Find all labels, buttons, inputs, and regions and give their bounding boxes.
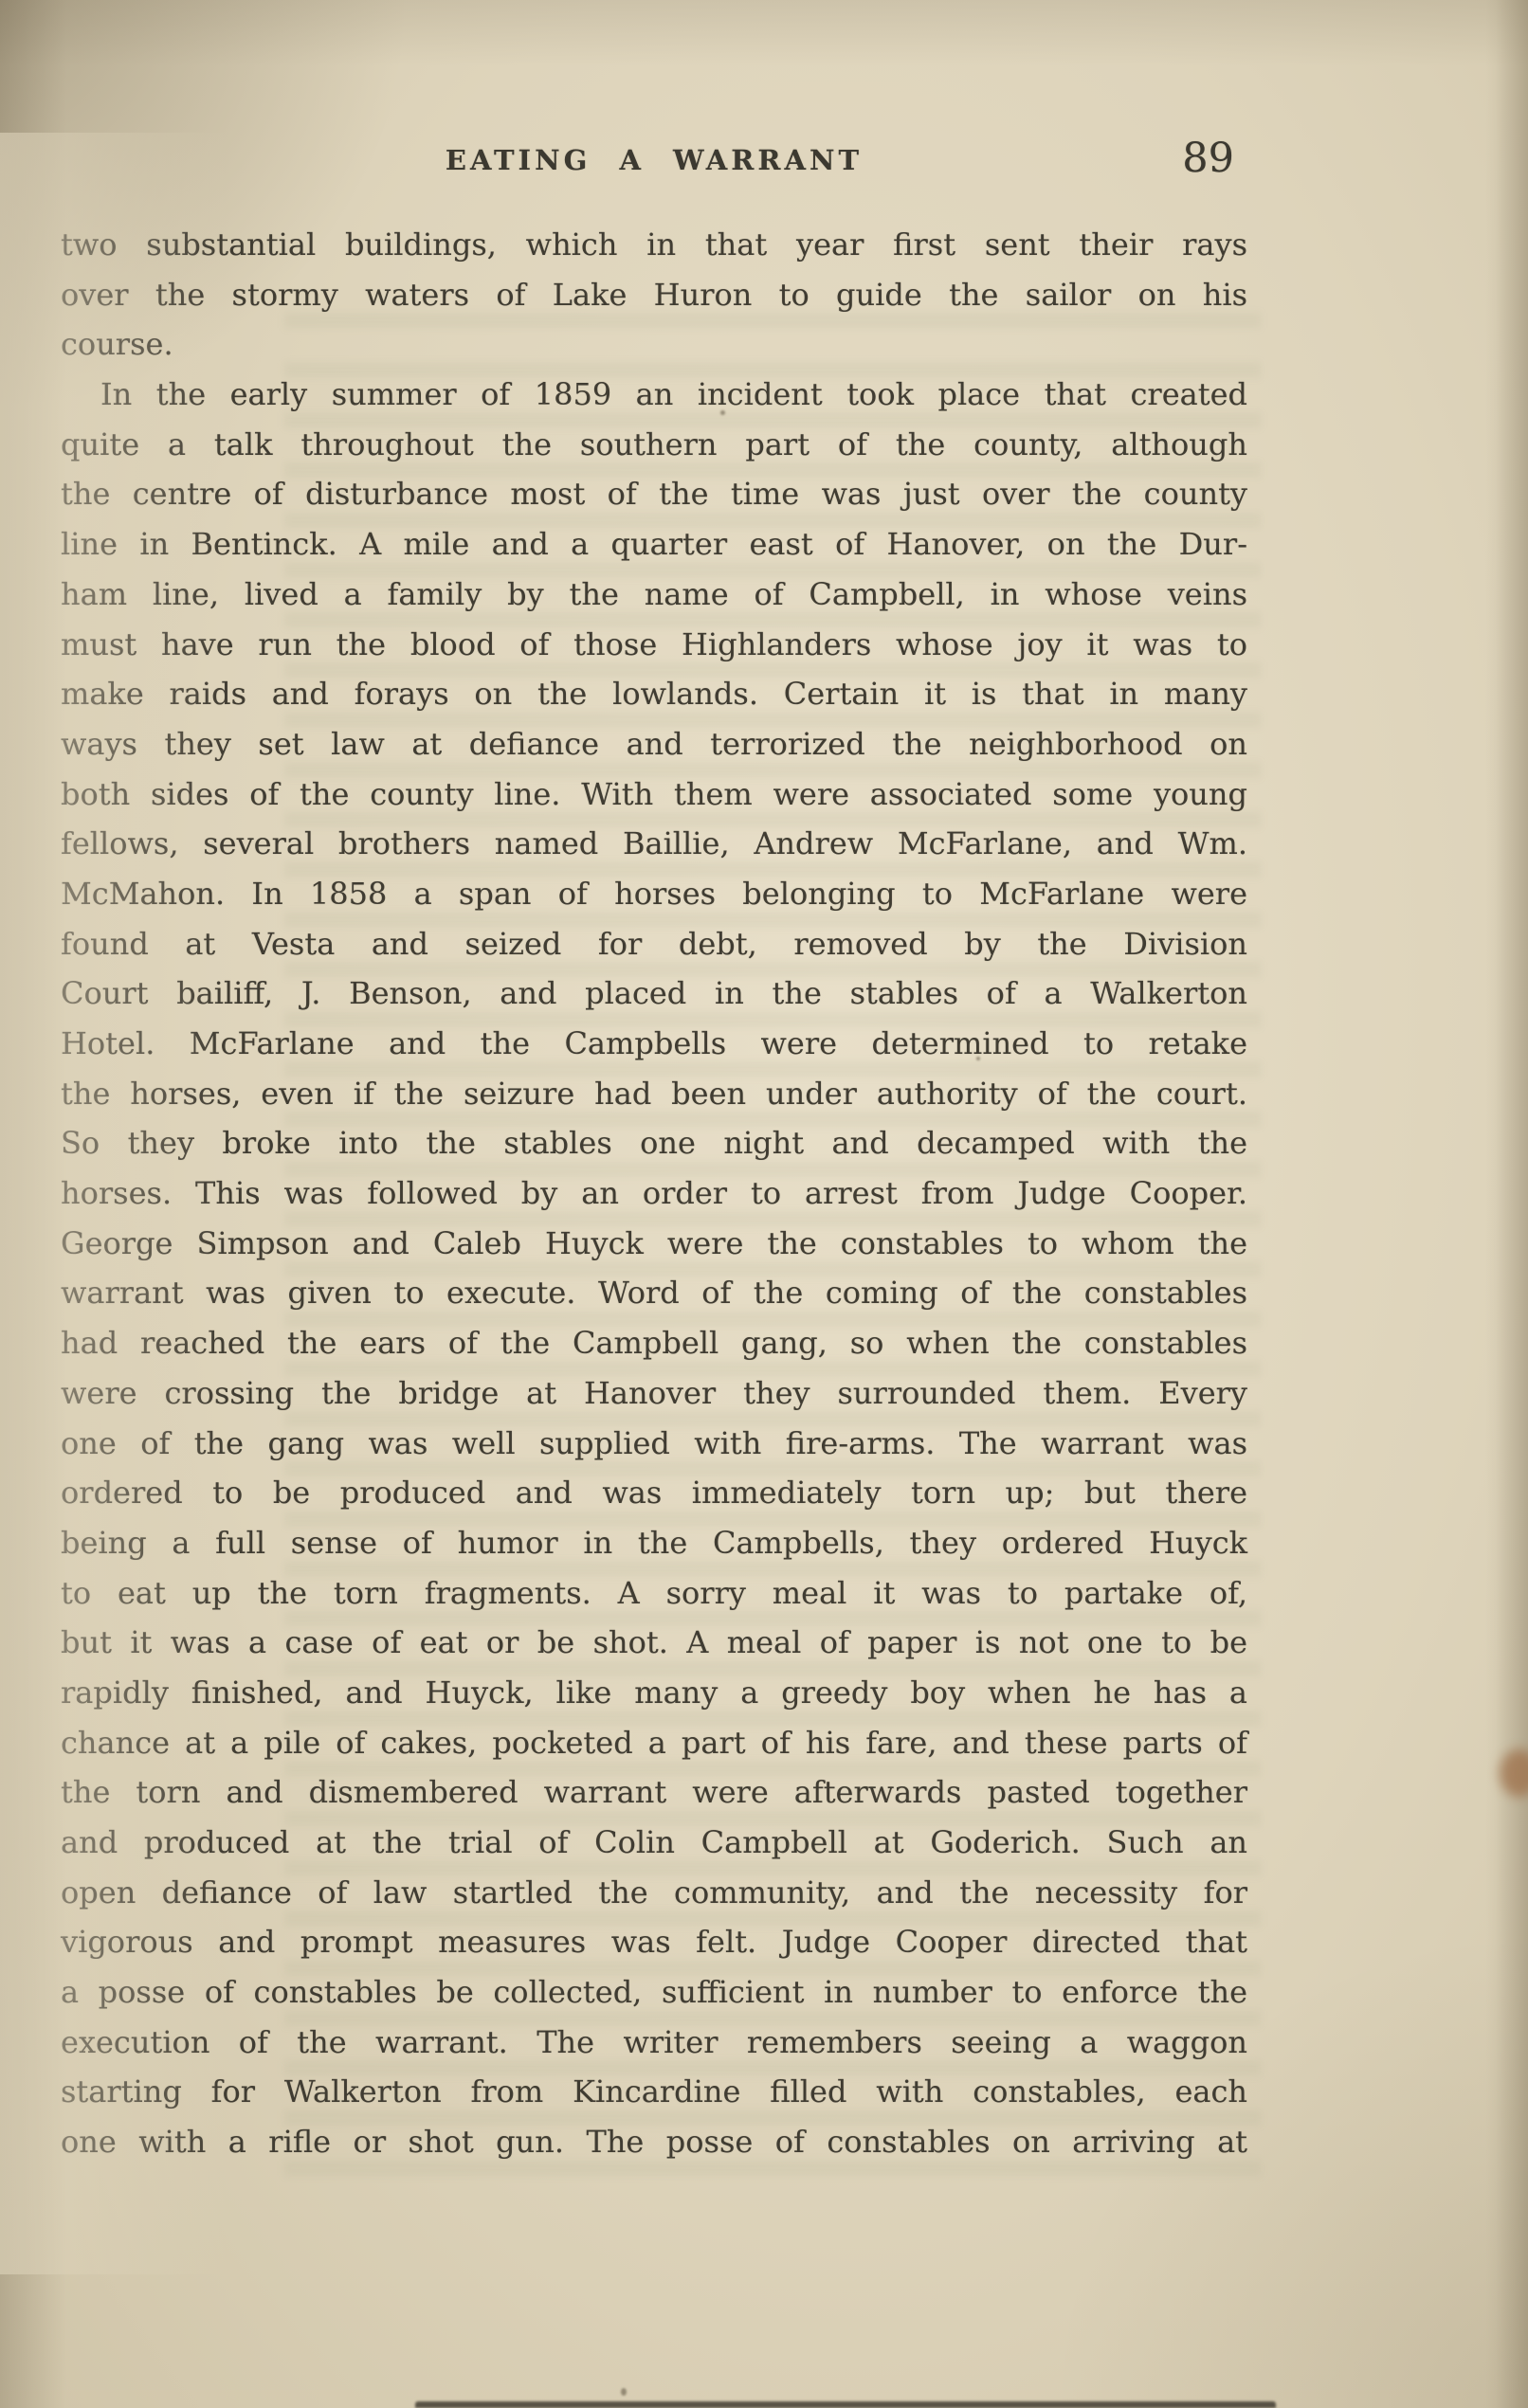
text-line: In the early summer of 1859 an incident … (61, 370, 1247, 420)
text-line: warrant was given to execute. Word of th… (61, 1268, 1247, 1318)
text-line: chance at a pile of cakes, pocketed a pa… (61, 1718, 1247, 1768)
running-title: EATING A WARRANT (61, 144, 1247, 176)
text-line: the centre of disturbance most of the ti… (61, 469, 1247, 519)
text-line: fellows, several brothers named Baillie,… (61, 819, 1247, 869)
text-line: being a full sense of humor in the Campb… (61, 1518, 1247, 1568)
text-line: vigorous and prompt measures was felt. J… (61, 1917, 1247, 1967)
paper-speck (621, 2388, 627, 2396)
text-line: course. (61, 319, 1247, 370)
page-edge-shading (1496, 0, 1528, 2408)
text-line: but it was a case of eat or be shot. A m… (61, 1618, 1247, 1668)
book-page-scan: EATING A WARRANT 89 two substantial buil… (0, 0, 1528, 2408)
text-line: starting for Walkerton from Kincardine f… (61, 2067, 1247, 2117)
paper-speck (976, 1057, 980, 1060)
text-line: ordered to be produced and was immediate… (61, 1468, 1247, 1518)
text-line: found at Vesta and seized for debt, remo… (61, 919, 1247, 969)
text-line: execution of the warrant. The writer rem… (61, 2018, 1247, 2068)
text-line: were crossing the bridge at Hanover they… (61, 1368, 1247, 1419)
text-line: two substantial buildings, which in that… (61, 220, 1247, 270)
page-header: EATING A WARRANT 89 (61, 135, 1247, 191)
text-line: ways they set law at defiance and terror… (61, 719, 1247, 769)
text-line: Court bailiff, J. Benson, and placed in … (61, 969, 1247, 1019)
text-line: had reached the ears of the Campbell gan… (61, 1318, 1247, 1368)
text-line: quite a talk throughout the southern par… (61, 420, 1247, 470)
page-number: 89 (1182, 135, 1234, 182)
text-line: open defiance of law startled the commun… (61, 1868, 1247, 1918)
text-line: rapidly finished, and Huyck, like many a… (61, 1668, 1247, 1718)
body-column: two substantial buildings, which in that… (61, 220, 1247, 2167)
text-line: one of the gang was well supplied with f… (61, 1419, 1247, 1469)
text-line: the horses, even if the seizure had been… (61, 1069, 1247, 1119)
text-line: over the stormy waters of Lake Huron to … (61, 270, 1247, 320)
text-line: So they broke into the stables one night… (61, 1118, 1247, 1168)
text-line: George Simpson and Caleb Huyck were the … (61, 1219, 1247, 1269)
text-line: to eat up the torn fragments. A sorry me… (61, 1568, 1247, 1619)
text-line: McMahon. In 1858 a span of horses belong… (61, 869, 1247, 919)
text-line: both sides of the county line. With them… (61, 769, 1247, 820)
text-line: horses. This was followed by an order to… (61, 1168, 1247, 1219)
text-line: and produced at the trial of Colin Campb… (61, 1818, 1247, 1868)
ink-smudge (1500, 1749, 1528, 1797)
scan-bottom-bar (415, 2401, 1276, 2408)
text-line: must have run the blood of those Highlan… (61, 620, 1247, 670)
text-line: ham line, lived a family by the name of … (61, 570, 1247, 620)
text-line: line in Bentinck. A mile and a quarter e… (61, 519, 1247, 570)
paper-speck (720, 410, 725, 415)
text-line: make raids and forays on the lowlands. C… (61, 669, 1247, 719)
text-line: a posse of constables be collected, suff… (61, 1967, 1247, 2018)
text-line: Hotel. McFarlane and the Campbells were … (61, 1019, 1247, 1069)
text-line: one with a rifle or shot gun. The posse … (61, 2117, 1247, 2167)
text-line: the torn and dismembered warrant were af… (61, 1767, 1247, 1818)
